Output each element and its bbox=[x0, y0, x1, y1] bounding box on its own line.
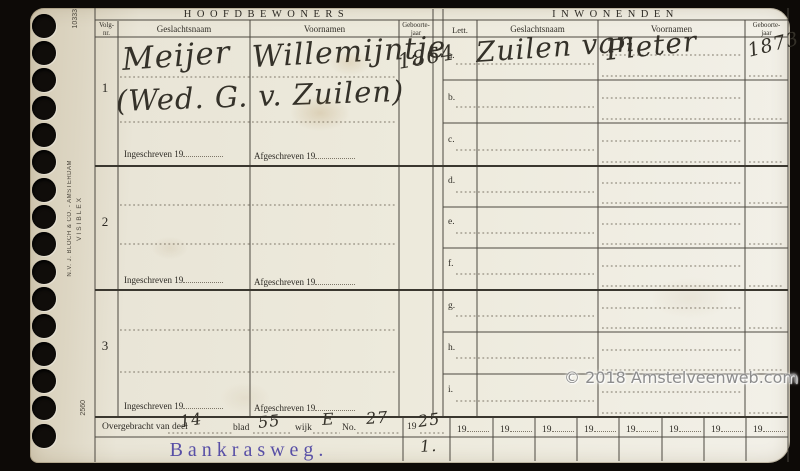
copyright-watermark: © 2018 Amstelveenweb.com bbox=[564, 368, 798, 387]
paper-stains bbox=[30, 8, 790, 463]
scanned-card-photo: 10333 VISIBLEX N.V. J. BLOCH & CO. - AMS… bbox=[0, 0, 800, 471]
